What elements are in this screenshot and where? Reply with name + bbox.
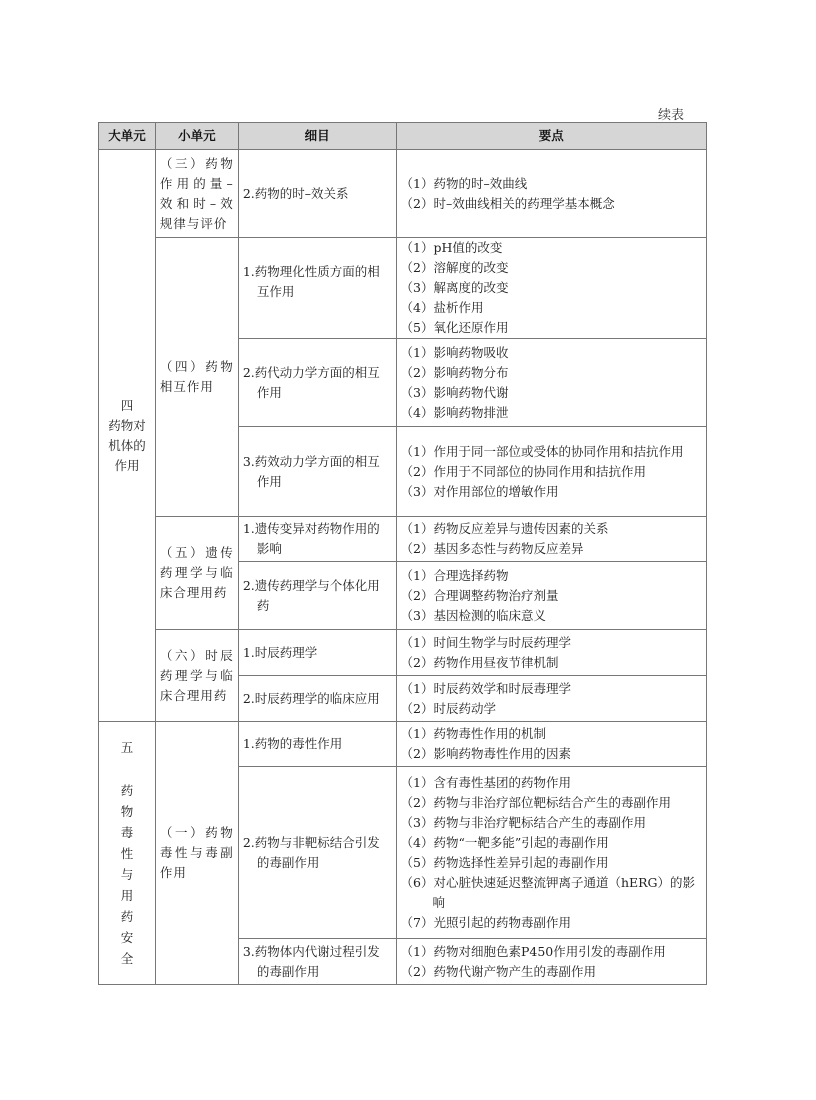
table-row: 五 药 物 毒 性 与 用 药 安 全 （一）药物毒性与毒副作用 1.药物的毒性… bbox=[99, 722, 707, 767]
point-item: （2）药物与非治疗部位靶标结合产生的毒副作用 bbox=[401, 793, 702, 813]
point-item: （3）药物与非治疗靶标结合产生的毒副作用 bbox=[401, 813, 702, 833]
major-line: 机体的 bbox=[103, 436, 151, 456]
point-item: （2）影响药物分布 bbox=[401, 363, 702, 383]
point-item: （7）光照引起的药物毒副作用 bbox=[401, 913, 702, 933]
detail-text: 2.药代动力学方面的相互作用 bbox=[243, 363, 392, 403]
detail-text: 1.药物的毒性作用 bbox=[243, 734, 392, 754]
table-row: 四 药物对 机体的 作用 （三）药物作用的量–效和时–效规律与评价 2.药物的时… bbox=[99, 150, 707, 238]
detail-text: 1.时辰药理学 bbox=[243, 643, 392, 663]
major-line: 药 bbox=[103, 906, 151, 927]
point-item: （2）影响药物毒性作用的因素 bbox=[401, 744, 702, 764]
detail-cell: 2.药物与非靶标结合引发的毒副作用 bbox=[238, 767, 396, 939]
point-item: （1）药物毒性作用的机制 bbox=[401, 724, 702, 744]
header-major-unit: 大单元 bbox=[99, 123, 156, 150]
point-item: （1）药物对细胞色素P450作用引发的毒副作用 bbox=[401, 942, 702, 962]
points-cell: （1）时间生物学与时辰药理学 （2）药物作用昼夜节律机制 bbox=[396, 630, 706, 676]
major-line: 用 bbox=[103, 885, 151, 906]
major-line: 四 bbox=[103, 396, 151, 416]
minor-unit: （四）药物相互作用 bbox=[155, 238, 238, 517]
table-row: （五）遗传药理学与临床合理用药 1.遗传变异对药物作用的影响 （1）药物反应差异… bbox=[99, 517, 707, 562]
detail-cell: 1.时辰药理学 bbox=[238, 630, 396, 676]
detail-cell: 1.药物的毒性作用 bbox=[238, 722, 396, 767]
major-unit-five: 五 药 物 毒 性 与 用 药 安 全 bbox=[99, 722, 156, 985]
point-item: （6）对心脏快速延迟整流钾离子通道（hERG）的影响 bbox=[401, 873, 702, 913]
point-item: （2）基因多态性与药物反应差异 bbox=[401, 539, 702, 559]
detail-text: 2.药物的时–效关系 bbox=[243, 184, 392, 204]
table-header-row: 大单元 小单元 细目 要点 bbox=[99, 123, 707, 150]
detail-cell: 1.药物理化性质方面的相互作用 bbox=[238, 238, 396, 339]
detail-text: 2.时辰药理学的临床应用 bbox=[243, 689, 392, 709]
detail-text: 2.遗传药理学与个体化用药 bbox=[243, 576, 392, 616]
point-item: （2）药物作用昼夜节律机制 bbox=[401, 653, 702, 673]
point-item: （4）影响药物排泄 bbox=[401, 403, 702, 423]
point-item: （2）作用于不同部位的协同作用和拮抗作用 bbox=[401, 462, 702, 482]
table-row: （四）药物相互作用 1.药物理化性质方面的相互作用 （1）pH值的改变 （2）溶… bbox=[99, 238, 707, 339]
header-minor-unit: 小单元 bbox=[155, 123, 238, 150]
point-item: （1）合理选择药物 bbox=[401, 566, 702, 586]
minor-unit: （五）遗传药理学与临床合理用药 bbox=[155, 517, 238, 630]
point-item: （1）药物反应差异与遗传因素的关系 bbox=[401, 519, 702, 539]
point-item: （4）药物“一靶多能”引起的毒副作用 bbox=[401, 833, 702, 853]
points-cell: （1）药物的时–效曲线 （2）时–效曲线相关的药理学基本概念 bbox=[396, 150, 706, 238]
detail-text: 1.遗传变异对药物作用的影响 bbox=[243, 519, 392, 559]
minor-unit: （六）时辰药理学与临床合理用药 bbox=[155, 630, 238, 722]
detail-cell: 2.药物的时–效关系 bbox=[238, 150, 396, 238]
header-key-points: 要点 bbox=[396, 123, 706, 150]
minor-unit: （一）药物毒性与毒副作用 bbox=[155, 722, 238, 985]
point-item: （4）盐析作用 bbox=[401, 298, 702, 318]
point-item: （1）pH值的改变 bbox=[401, 238, 702, 258]
point-item: （2）药物代谢产物产生的毒副作用 bbox=[401, 962, 702, 982]
major-line: 毒 bbox=[103, 822, 151, 843]
continued-table-caption: 续表 bbox=[658, 104, 684, 123]
point-item: （1）时辰药效学和时辰毒理学 bbox=[401, 679, 702, 699]
detail-text: 1.药物理化性质方面的相互作用 bbox=[243, 262, 392, 302]
major-line: 安 bbox=[103, 927, 151, 948]
detail-cell: 2.时辰药理学的临床应用 bbox=[238, 676, 396, 722]
minor-unit: （三）药物作用的量–效和时–效规律与评价 bbox=[155, 150, 238, 238]
detail-text: 2.药物与非靶标结合引发的毒副作用 bbox=[243, 833, 392, 873]
major-line: 性 bbox=[103, 843, 151, 864]
point-item: （3）解离度的改变 bbox=[401, 278, 702, 298]
point-item: （1）作用于同一部位或受体的协同作用和拮抗作用 bbox=[401, 442, 702, 462]
point-item: （3）基因检测的临床意义 bbox=[401, 606, 702, 626]
detail-text: 3.药物体内代谢过程引发的毒副作用 bbox=[243, 942, 392, 982]
point-item: （1）时间生物学与时辰药理学 bbox=[401, 633, 702, 653]
major-line: 作用 bbox=[103, 456, 151, 476]
points-cell: （1）影响药物吸收 （2）影响药物分布 （3）影响药物代谢 （4）影响药物排泄 bbox=[396, 339, 706, 427]
syllabus-table: 大单元 小单元 细目 要点 四 药物对 机体的 作用 （三）药物作用的量–效和时… bbox=[98, 122, 707, 985]
detail-text: 3.药效动力学方面的相互作用 bbox=[243, 452, 392, 492]
points-cell: （1）药物毒性作用的机制 （2）影响药物毒性作用的因素 bbox=[396, 722, 706, 767]
detail-cell: 2.遗传药理学与个体化用药 bbox=[238, 562, 396, 630]
points-cell: （1）合理选择药物 （2）合理调整药物治疗剂量 （3）基因检测的临床意义 bbox=[396, 562, 706, 630]
major-line: 药物对 bbox=[103, 416, 151, 436]
points-cell: （1）pH值的改变 （2）溶解度的改变 （3）解离度的改变 （4）盐析作用 （5… bbox=[396, 238, 706, 339]
major-line: 物 bbox=[103, 801, 151, 822]
point-item: （1）影响药物吸收 bbox=[401, 343, 702, 363]
points-cell: （1）药物对细胞色素P450作用引发的毒副作用 （2）药物代谢产物产生的毒副作用 bbox=[396, 939, 706, 985]
table-row: （六）时辰药理学与临床合理用药 1.时辰药理学 （1）时间生物学与时辰药理学 （… bbox=[99, 630, 707, 676]
point-item: （3）影响药物代谢 bbox=[401, 383, 702, 403]
major-line: 全 bbox=[103, 948, 151, 969]
points-cell: （1）时辰药效学和时辰毒理学 （2）时辰药动学 bbox=[396, 676, 706, 722]
major-unit-four: 四 药物对 机体的 作用 bbox=[99, 150, 156, 722]
header-detail: 细目 bbox=[238, 123, 396, 150]
point-item: （5）药物选择性差异引起的毒副作用 bbox=[401, 853, 702, 873]
major-line: 五 bbox=[103, 737, 151, 758]
point-item: （2）合理调整药物治疗剂量 bbox=[401, 586, 702, 606]
point-item: （2）溶解度的改变 bbox=[401, 258, 702, 278]
point-item: （2）时辰药动学 bbox=[401, 699, 702, 719]
point-item: （1）含有毒性基团的药物作用 bbox=[401, 773, 702, 793]
detail-cell: 2.药代动力学方面的相互作用 bbox=[238, 339, 396, 427]
detail-cell: 1.遗传变异对药物作用的影响 bbox=[238, 517, 396, 562]
major-spacer bbox=[103, 758, 151, 780]
points-cell: （1）含有毒性基团的药物作用 （2）药物与非治疗部位靶标结合产生的毒副作用 （3… bbox=[396, 767, 706, 939]
major-line: 与 bbox=[103, 864, 151, 885]
point-item: （2）时–效曲线相关的药理学基本概念 bbox=[401, 194, 702, 214]
points-cell: （1）作用于同一部位或受体的协同作用和拮抗作用 （2）作用于不同部位的协同作用和… bbox=[396, 427, 706, 517]
detail-cell: 3.药效动力学方面的相互作用 bbox=[238, 427, 396, 517]
major-line: 药 bbox=[103, 780, 151, 801]
point-item: （5）氧化还原作用 bbox=[401, 318, 702, 338]
points-cell: （1）药物反应差异与遗传因素的关系 （2）基因多态性与药物反应差异 bbox=[396, 517, 706, 562]
detail-cell: 3.药物体内代谢过程引发的毒副作用 bbox=[238, 939, 396, 985]
point-item: （3）对作用部位的增敏作用 bbox=[401, 482, 702, 502]
point-item: （1）药物的时–效曲线 bbox=[401, 174, 702, 194]
